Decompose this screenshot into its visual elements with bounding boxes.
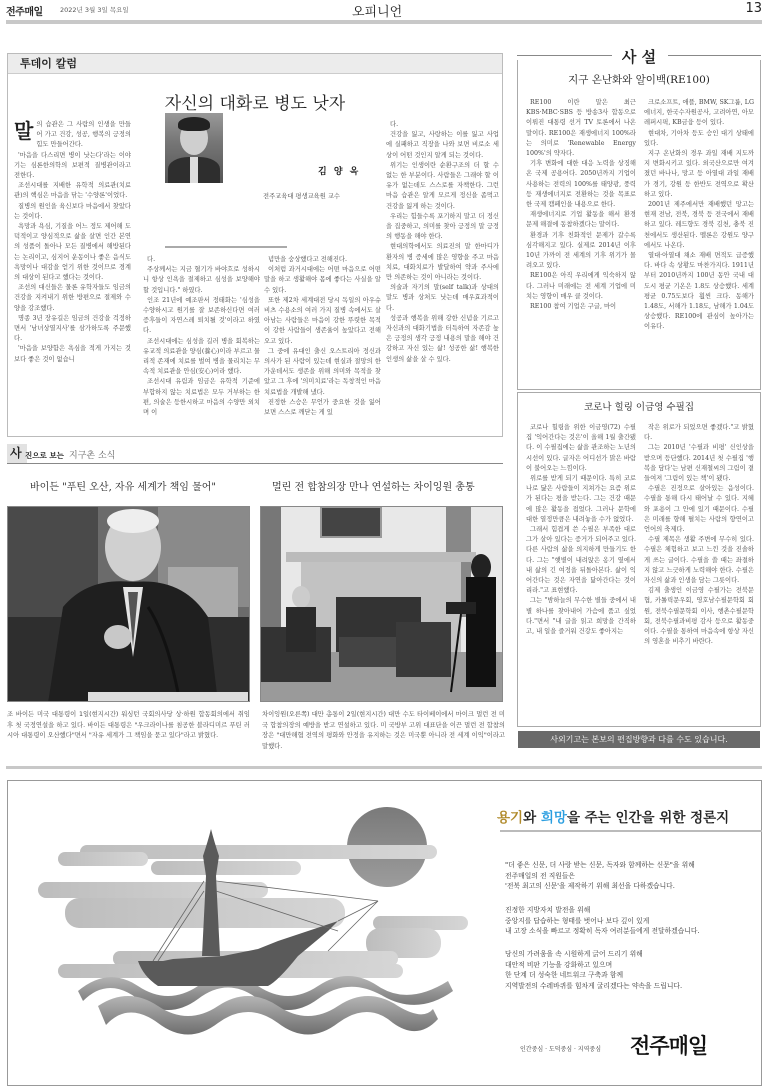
photo-biden-speech [7,506,250,702]
column-text-col-1: 말 의 습관은 그 사람의 인생을 만들어 가고 건강, 성공, 행복의 긍정의… [14,120,131,365]
masthead: 전주매일 2022년 3월 3일 목요일 오피니언 13 [0,0,768,22]
editorial-text-col-1: RE100 이란 말은 최근 KBS·MBC·SBS 등 방송3사 합동으로 이… [526,98,636,312]
book-review-title: 코로나 힐링 이금영 수필집 [518,399,760,413]
author-affiliation: 전주교육대 평생교육원 교수 [263,191,340,200]
photo-caption-1: 조 바이든 미국 대통령이 1일(현지시간) 워싱턴 국회의사당 상·하원 합동… [7,710,250,742]
dropcap: 말 [14,121,33,141]
ad-paragraph-2: 진정한 지방자치 발전을 위해 중앙지를 답습하는 형태를 벗어나 보다 깊이 … [505,905,700,937]
column-header: 투데이 칼럼 [8,54,502,74]
photo-tsai-speech [260,506,503,702]
ad-newspaper-logo: 전주매일 [630,1030,707,1060]
photo-headline-1: 바이든 "푸틴 오산, 자유 세계가 책임 물어" [30,478,216,493]
issue-date: 2022년 3월 3일 목요일 [60,5,129,14]
ad-slogan: 용기와 희망을 주는 인간을 위한 정론지 [497,806,729,826]
ad-paragraph-1: "더 좋은 신문, 더 사랑 받는 신문, 독자와 함께하는 신문"을 위해 전… [505,860,695,892]
ship-illustration [28,801,478,1041]
section-divider [6,766,762,769]
contributor-disclaimer: 사외기고는 본보의 편집방향과 다를 수도 있습니다. [518,731,760,748]
section-title: 오피니언 [352,1,402,20]
photo-headline-2: 멀린 전 합참의장 만나 연설하는 차이잉원 총통 [272,478,475,493]
editorial-box: 지구 온난화와 알이백(RE100) RE100 이란 말은 최근 KBS·MB… [517,60,761,390]
column-text-col-2: 다. 주상께서는 지금 혈기가 바야흐로 성하시니 항상 인욕을 절제하고 심성… [143,255,260,418]
ad-slogan-divider [500,830,762,832]
byline-divider [165,246,287,248]
photo-caption-2: 차이잉원(오른쪽) 대만 총통이 2일(현지시간) 대만 수도 타이베이에서 마… [262,710,505,752]
editorial-title: 지구 온난화와 알이백(RE100) [518,72,760,87]
author-name: 김 양 옥 [318,164,360,177]
masthead-divider [6,20,762,24]
column-title: 자신의 대화로 병도 낫자 [8,89,502,114]
ad-tagline: 인간중심 · 도덕중심 · 지역중심 [520,1044,601,1053]
newspaper-logo: 전주매일 [6,3,43,18]
page-number: 13 [745,1,762,16]
column-text-col-3: 념만을 숭상했다고 전해진다. 이처럼 과거시대에는 어떤 마음으로 어떤 말을… [264,255,381,418]
book-review-box: 코로나 힐링 이금영 수필집 코로나 힐링을 위한 이금영(72) 수필집 '익… [517,392,761,727]
photo-news-header: 사 진으로 보는 지구촌 소식 [7,444,503,464]
ad-paragraph-3: 당신의 가려움을 속 시원하게 긁어 드리기 위해 대안적 비판 기능을 강화하… [505,949,682,991]
book-review-text-col-2: 작은 위로가 되었으면 좋겠다."고 밝혔다. 그는 2010년 '수필과 비평… [644,423,754,647]
today-column: 투데이 칼럼 자신의 대화로 병도 낫자 말 의 습관은 그 사람의 인생을 만… [7,53,503,437]
author-portrait [165,113,223,183]
column-text-col-4: 다. 건강을 잃고, 사랑하는 이를 잃고 사업에 실패하고 직장을 나와 보면… [386,120,499,365]
book-review-text-col-1: 코로나 힐링을 위한 이금영(72) 수필집 '익어간다는 것은'이 올해 1월… [526,423,636,637]
editorial-text-col-2: 크로소프트, 애플, BMW, SK그룹, LG에너지, 한국수자원공사, 고려… [644,98,754,333]
